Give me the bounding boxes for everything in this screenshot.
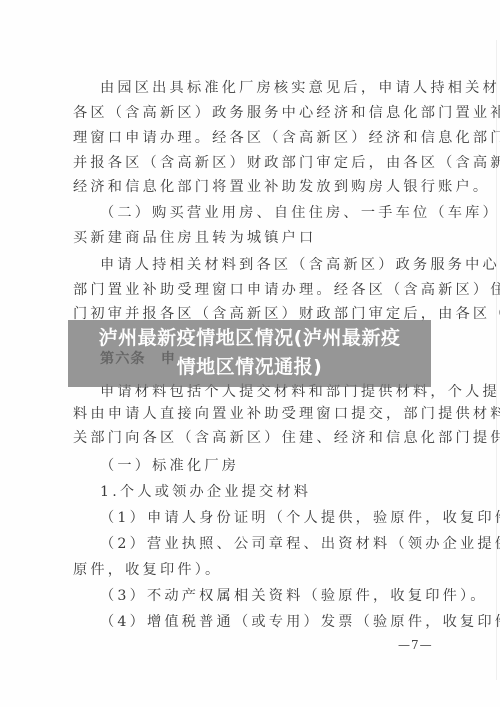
text-line: 买新建商品住房且转为城镇户口 xyxy=(73,229,433,247)
title-overlay-banner: 泸州最新疫情地区情况(泸州最新疫 情地区情况通报) xyxy=(68,320,431,387)
text-line: 经济和信息化部门将置业补助发放到购房人银行账户。 xyxy=(73,178,433,196)
text-line: （二）购买营业用房、自住住房、一手车位（车库）和购 xyxy=(100,204,460,222)
page-number: —7— xyxy=(398,638,433,652)
text-line: 理窗口申请办理。经各区（含高新区）经济和信息化部门初审 xyxy=(73,129,433,147)
text-line: （4）增值税普通（或专用）发票（验原件，收复印件）。 xyxy=(100,613,460,631)
text-line: （2）营业执照、公司章程、出资材料（领办企业提供，验 xyxy=(100,535,460,553)
text-line: （1）申请人身份证明（个人提供，验原件，收复印件）。 xyxy=(100,509,460,527)
text-line: （3）不动产权属相关资料（验原件，收复印件）。 xyxy=(100,587,460,605)
text-line: 申请人持相关材料到各区（含高新区）政务服务中心住建 xyxy=(100,256,460,274)
text-line: 关部门向各区（含高新区）住建、经济和信息化部门提供。 xyxy=(73,429,433,447)
text-line: 料由申请人直接向置业补助受理窗口提交，部门提供材料由相 xyxy=(73,405,433,423)
text-line: 1.个人或领办企业提交材料 xyxy=(100,483,460,501)
text-line: 并报各区（含高新区）财政部门审定后，由各区（含高新区） xyxy=(73,154,433,172)
overlay-title-line-2: 情地区情况通报) xyxy=(68,353,431,382)
overlay-title: 泸州最新疫情地区情况(泸州最新疫 情地区情况通报) xyxy=(68,324,431,382)
text-line: 原件，收复印件）。 xyxy=(73,561,433,579)
overlay-title-line-1: 泸州最新疫情地区情况(泸州最新疫 xyxy=(68,324,431,353)
text-line: 部门置业补助受理窗口申请办理。经各区（含高新区）住建部 xyxy=(73,281,433,299)
text-line: （一）标准化厂房 xyxy=(100,457,460,475)
text-line: 由园区出具标准化厂房核实意见后，申请人持相关材料到 xyxy=(100,79,460,97)
text-line: 各区（含高新区）政务服务中心经济和信息化部门置业补助受 xyxy=(73,104,433,122)
document-page: 由园区出具标准化厂房核实意见后，申请人持相关材料到各区（含高新区）政务服务中心经… xyxy=(0,0,500,707)
